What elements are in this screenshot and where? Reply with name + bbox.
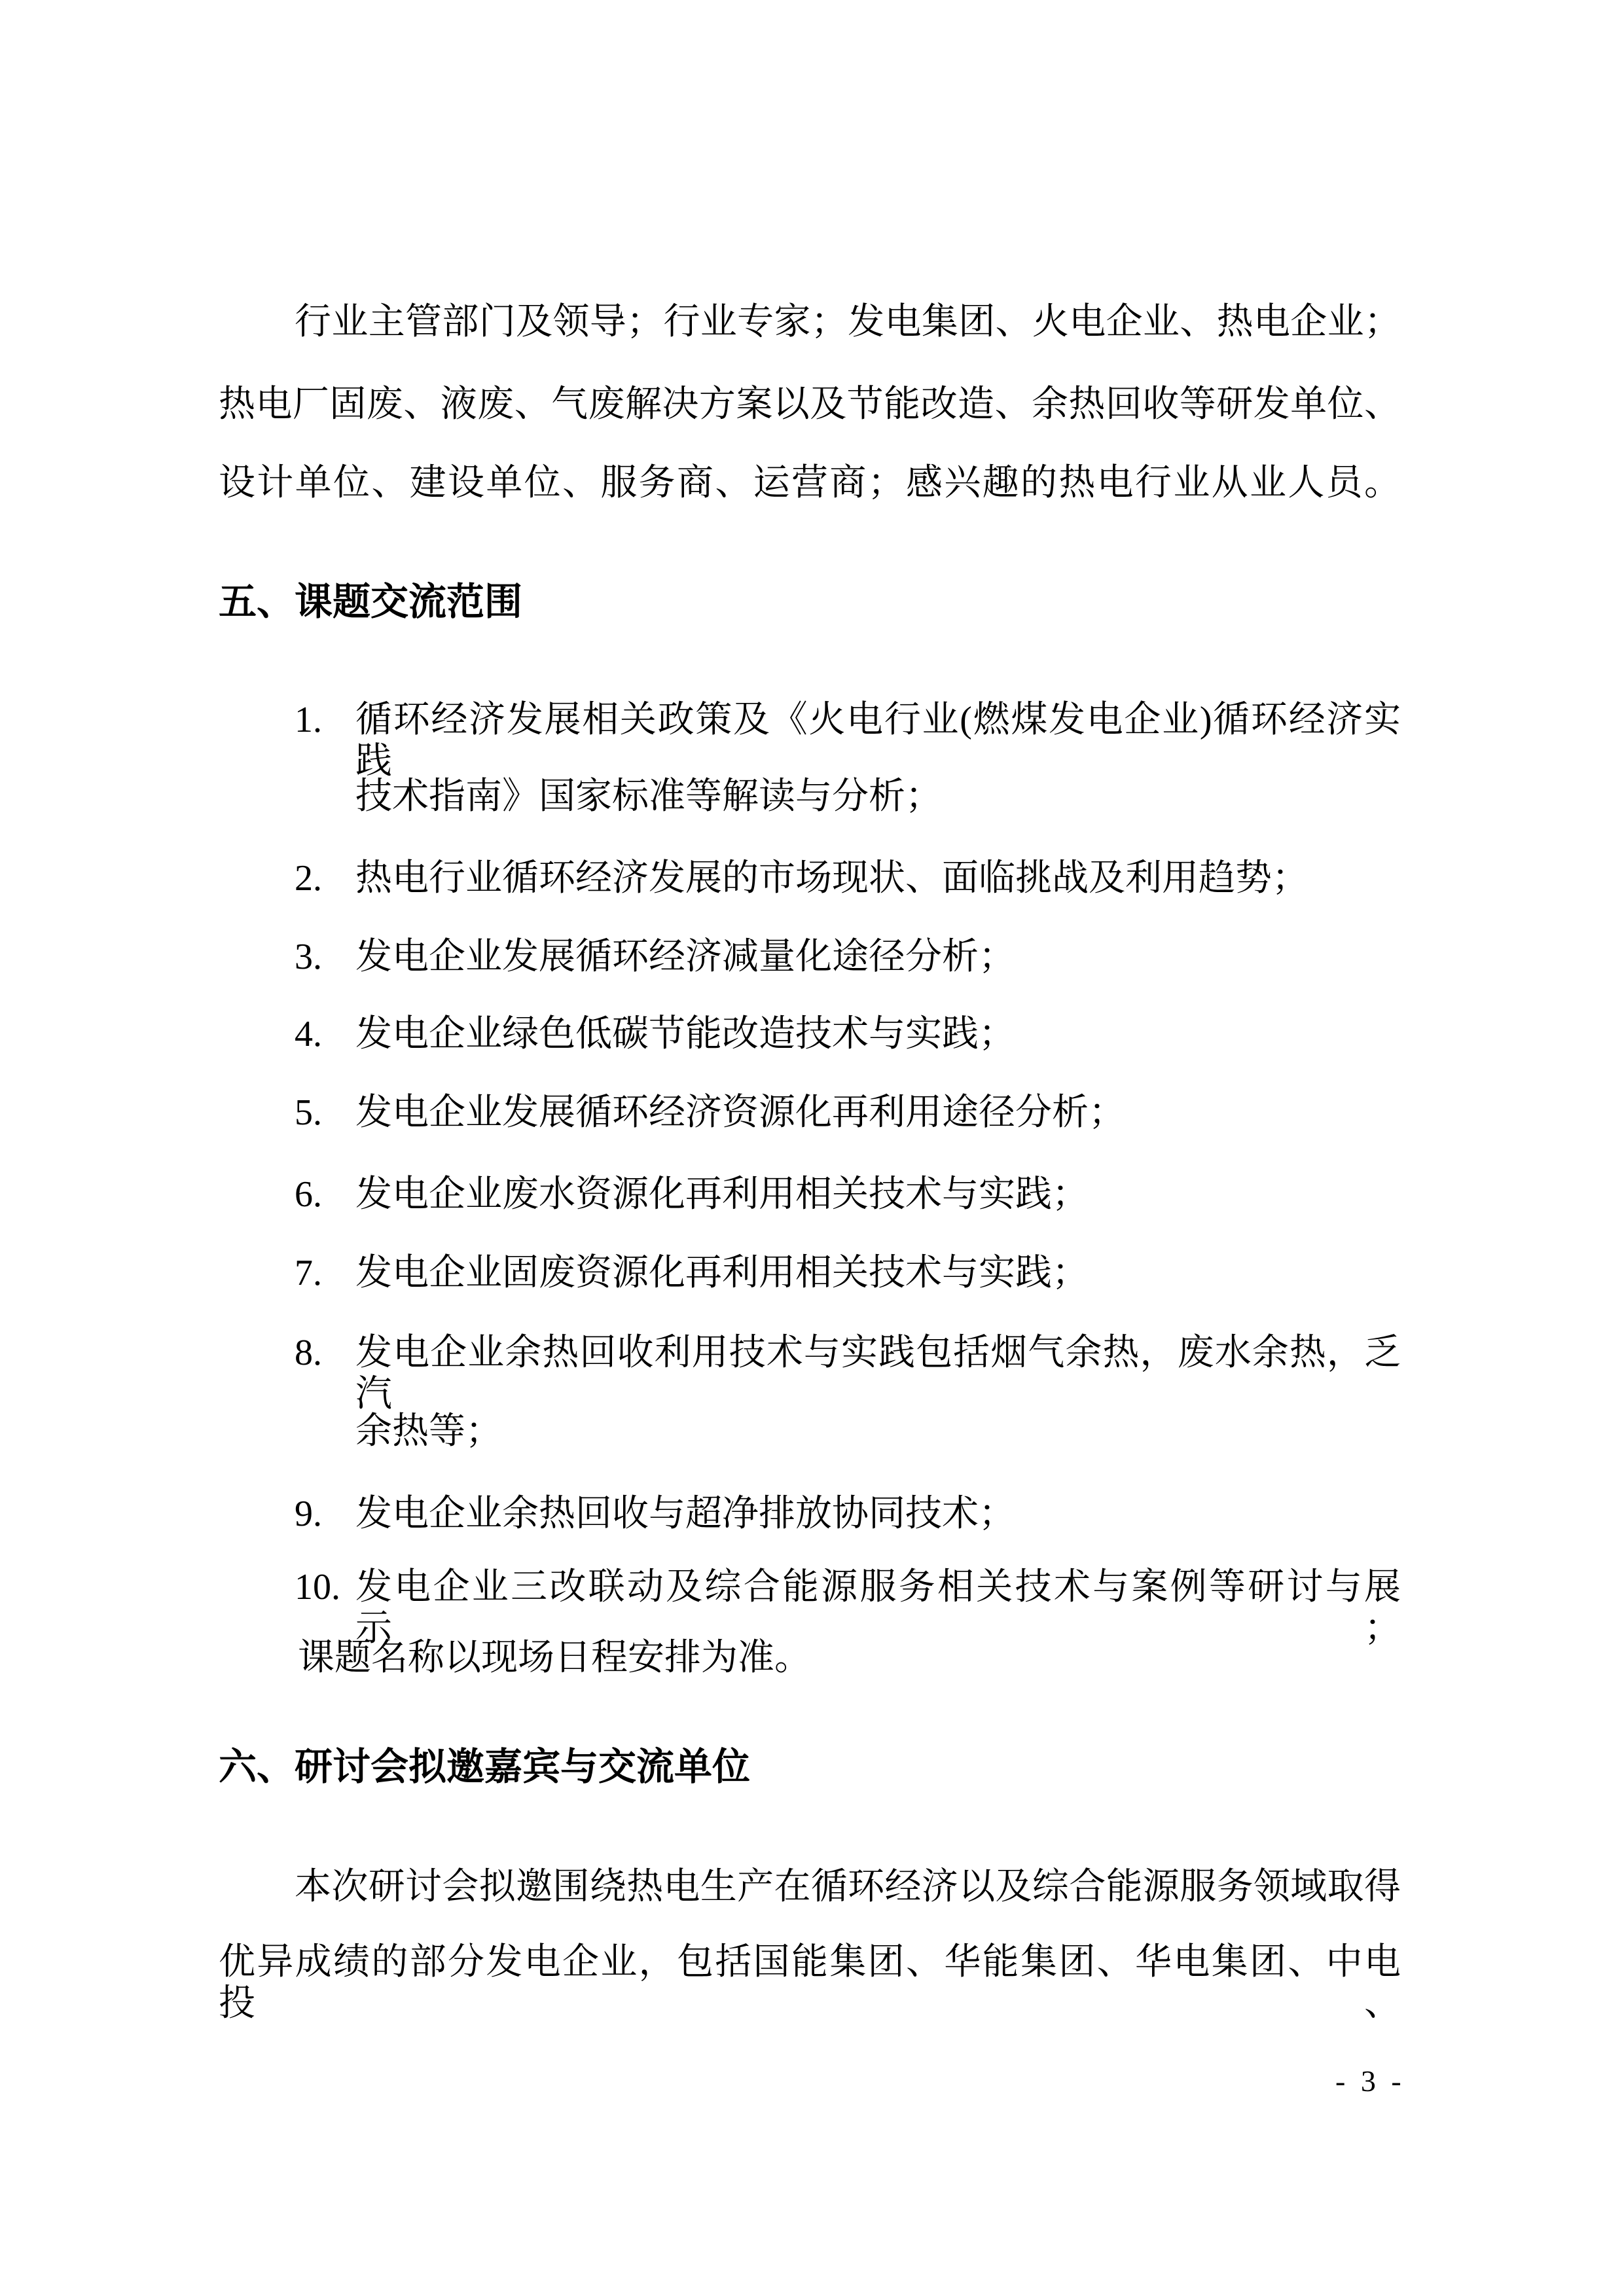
list-item-1-line-2: 技术指南》国家标准等解读与分析； — [355, 776, 942, 817]
list-item-8-line-2: 余热等； — [355, 1411, 502, 1452]
intro-paragraph-line-3: 设计单位、建设单位、服务商、运营商；感兴趣的热电行业从业人员。 — [219, 463, 1401, 504]
list-item-10-number: 10. — [295, 1567, 340, 1608]
section6-heading: 六、研讨会拟邀嘉宾与交流单位 — [219, 1746, 750, 1788]
list-item-2-number: 2. — [295, 858, 322, 899]
list-item-5-number: 5. — [295, 1092, 322, 1134]
section5-note: 课题名称以现场日程安排为准。 — [298, 1638, 811, 1679]
list-item-5-line-1: 发电企业发展循环经济资源化再利用途径分析； — [355, 1092, 1125, 1134]
section6-paragraph-line-2: 优异成绩的部分发电企业，包括国能集团、华能集团、华电集团、中电投、 — [219, 1942, 1401, 2024]
list-item-9-line-1: 发电企业余热回收与超净排放协同技术； — [355, 1494, 1015, 1535]
list-item-10-line-1: 发电企业三改联动及综合能源服务相关技术与案例等研讨与展示； — [355, 1567, 1401, 1649]
list-item-7-line-1: 发电企业固废资源化再利用相关技术与实践； — [355, 1253, 1089, 1294]
list-item-6-line-1: 发电企业废水资源化再利用相关技术与实践； — [355, 1174, 1089, 1215]
section5-heading: 五、课题交流范围 — [219, 581, 522, 623]
list-item-2-line-1: 热电行业循环经济发展的市场现状、面临挑战及利用趋势； — [355, 858, 1308, 899]
list-item-6-number: 6. — [295, 1174, 322, 1215]
list-item-7-number: 7. — [295, 1253, 322, 1294]
section6-paragraph-line-1: 本次研讨会拟邀围绕热电生产在循环经济以及综合能源服务领域取得 — [295, 1867, 1401, 1908]
list-item-4-number: 4. — [295, 1014, 322, 1055]
list-item-1-number: 1. — [295, 700, 322, 741]
list-item-4-line-1: 发电企业绿色低碳节能改造技术与实践； — [355, 1014, 1015, 1055]
list-item-8-line-1: 发电企业余热回收利用技术与实践包括烟气余热，废水余热，乏汽 — [355, 1333, 1401, 1414]
intro-paragraph-line-2: 热电厂固废、液废、气废解决方案以及节能改造、余热回收等研发单位、 — [219, 384, 1401, 425]
page-number: - 3 - — [1335, 2065, 1405, 2098]
list-item-3-line-1: 发电企业发展循环经济减量化途径分析； — [355, 937, 1015, 978]
intro-paragraph-line-1: 行业主管部门及领导；行业专家；发电集团、火电企业、热电企业； — [295, 302, 1401, 343]
list-item-9-number: 9. — [295, 1494, 322, 1535]
list-item-3-number: 3. — [295, 937, 322, 978]
list-item-8-number: 8. — [295, 1333, 322, 1374]
list-item-1-line-1: 循环经济发展相关政策及《火电行业(燃煤发电企业)循环经济实践 — [355, 700, 1401, 781]
document-page: 行业主管部门及领导；行业专家；发电集团、火电企业、热电企业； 热电厂固废、液废、… — [0, 0, 1624, 2296]
